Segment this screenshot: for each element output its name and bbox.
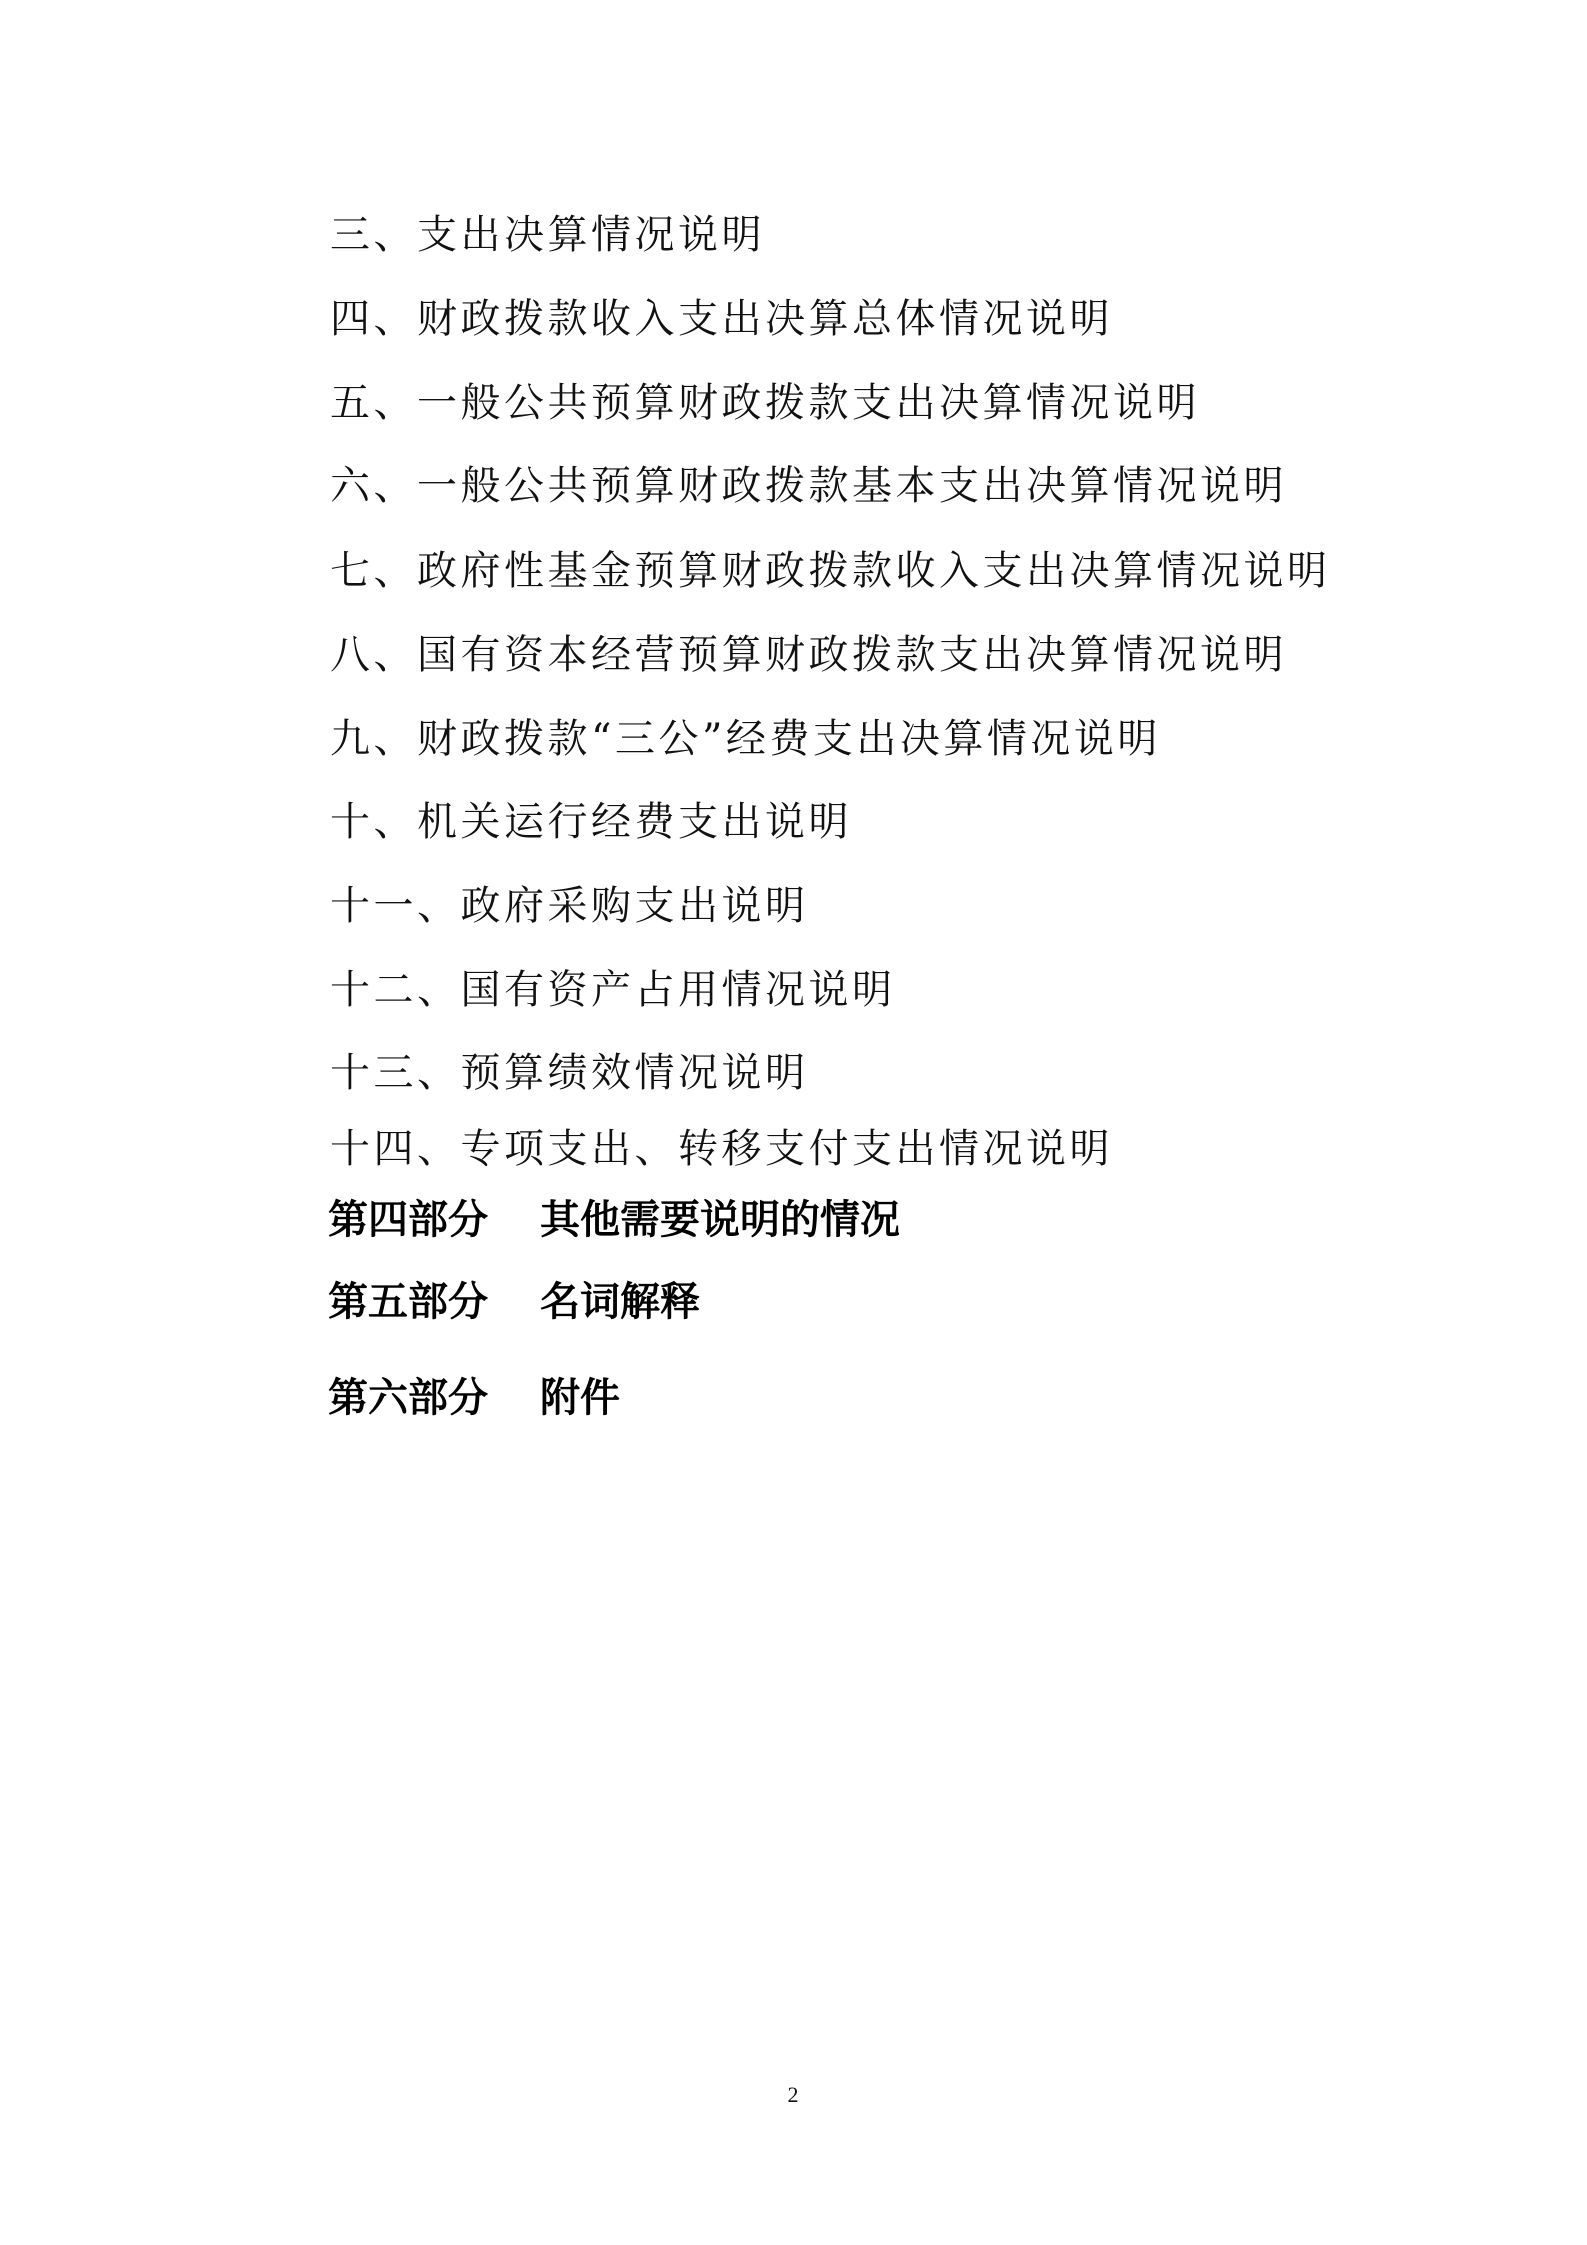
toc-item: 六、一般公共预算财政拨款基本支出决算情况说明	[330, 464, 1287, 508]
toc-item: 十、机关运行经费支出说明	[330, 800, 852, 844]
part-label: 第六部分	[328, 1376, 540, 1420]
toc-item: 三、支出决算情况说明	[330, 213, 765, 257]
toc-part-4: 第四部分其他需要说明的情况	[328, 1198, 900, 1242]
page-number: 2	[783, 2082, 803, 2108]
toc-item: 十四、专项支出、转移支付支出情况说明	[330, 1127, 1113, 1171]
part-title: 名词解释	[540, 1279, 700, 1325]
toc-item: 八、国有资本经营预算财政拨款支出决算情况说明	[330, 633, 1287, 677]
toc-item: 十二、国有资产占用情况说明	[330, 968, 896, 1012]
document-page: 三、支出决算情况说明 四、财政拨款收入支出决算总体情况说明 五、一般公共预算财政…	[0, 0, 1587, 2245]
toc-part-5: 第五部分名词解释	[328, 1280, 700, 1324]
part-label: 第五部分	[328, 1280, 540, 1324]
toc-item: 十三、预算绩效情况说明	[330, 1051, 809, 1095]
toc-item: 五、一般公共预算财政拨款支出决算情况说明	[330, 381, 1200, 425]
toc-item: 四、财政拨款收入支出决算总体情况说明	[330, 297, 1113, 341]
part-title: 其他需要说明的情况	[540, 1197, 900, 1243]
part-label: 第四部分	[328, 1198, 540, 1242]
toc-item: 九、财政拨款“三公”经费支出决算情况说明	[330, 717, 1161, 761]
toc-part-6: 第六部分附件	[328, 1376, 620, 1420]
toc-item: 七、政府性基金预算财政拨款收入支出决算情况说明	[330, 549, 1331, 593]
part-title: 附件	[540, 1375, 620, 1421]
toc-item: 十一、政府采购支出说明	[330, 884, 809, 928]
